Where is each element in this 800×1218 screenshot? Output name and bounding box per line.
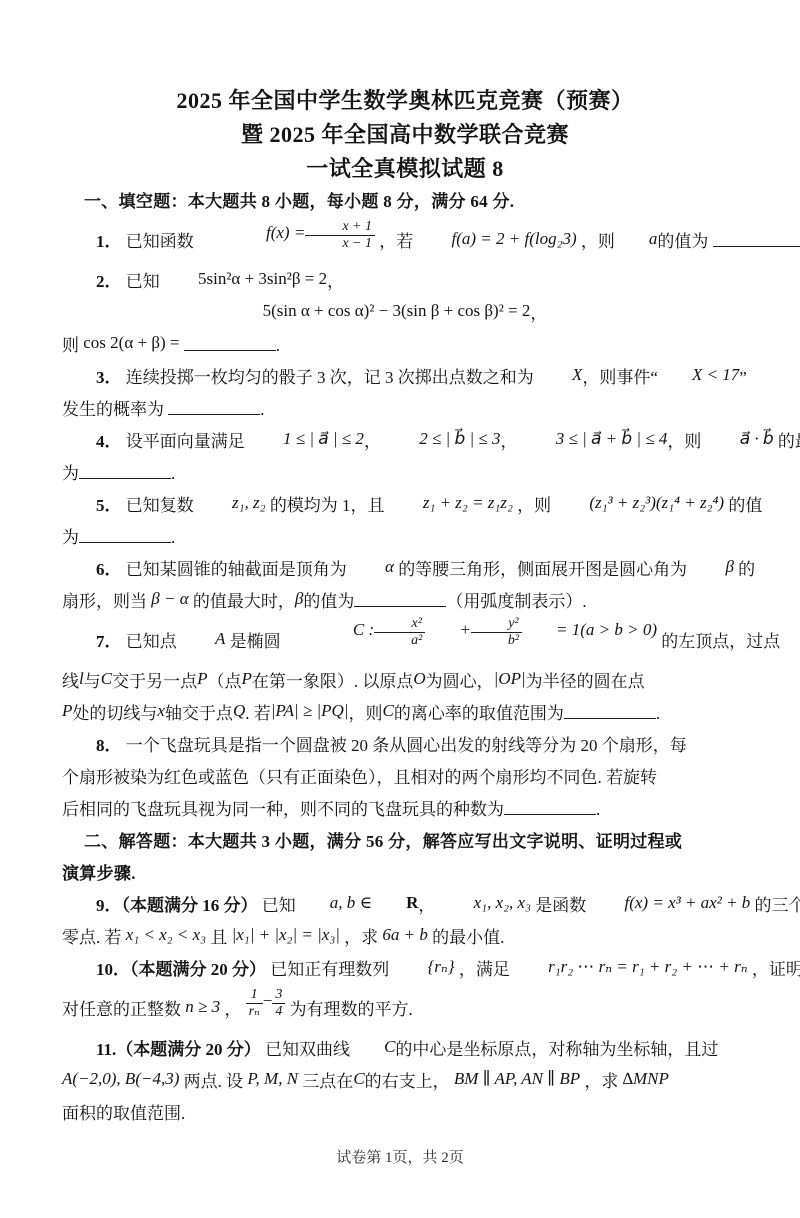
question-8-number: 8． bbox=[96, 736, 122, 755]
text-run: 为有理数的平方. bbox=[290, 1000, 413, 1019]
math-run: cos 2(α + β) = bbox=[83, 327, 179, 359]
math-run: x₁ < x₂ < x₃ bbox=[126, 919, 206, 951]
question-1-number: 1． bbox=[96, 232, 122, 251]
text-run: 的最大值 bbox=[778, 432, 800, 451]
math-run: A bbox=[181, 615, 225, 663]
text-run: ，若 bbox=[379, 232, 417, 251]
question-11-number: 11.（本题满分 20 分） bbox=[96, 1040, 261, 1059]
answer-blank bbox=[354, 589, 446, 607]
text-run: 的值 bbox=[728, 496, 762, 515]
question-5: 5． 已知复数 z₁, z₂ 的模均为 1，且 z₁ + z₂ = z₁z₂ ，… bbox=[62, 490, 748, 522]
text-run: 发生的概率为 bbox=[62, 400, 164, 419]
text-run: 的中心是坐标原点，对称轴为坐标轴，且过 bbox=[395, 1040, 718, 1059]
math-run: 1 ≤ | a⃗ | ≤ 2 bbox=[249, 423, 364, 455]
question-2-equation: 5(sin α + cos α)² − 3(sin β + cos β)² = … bbox=[62, 298, 748, 330]
fraction-numerator: 3 bbox=[272, 987, 285, 1004]
text-run: ，则事件“ bbox=[582, 368, 658, 387]
text-run: ，求 bbox=[344, 928, 378, 947]
text-run: 已知 bbox=[126, 272, 160, 291]
text-run: 的最小值. bbox=[432, 928, 504, 947]
text-run: ， bbox=[327, 272, 344, 291]
text-run: 的 bbox=[738, 560, 755, 579]
text-run: 已知函数 bbox=[126, 232, 194, 251]
fraction-numerator: x² bbox=[374, 616, 425, 633]
text-run: 面积的取值范围. bbox=[62, 1104, 185, 1123]
text-run: . bbox=[171, 528, 175, 547]
text-run: 扇形，则当 bbox=[62, 592, 147, 611]
text-run: 已知某圆锥的轴截面是顶角为 bbox=[126, 560, 347, 579]
math-run: P bbox=[197, 663, 207, 695]
question-7: 7． 已知点 A 是椭圆 C :x²a²+y²b²= 1(a > b > 0) … bbox=[62, 618, 748, 666]
math-run: a, b ∈ bbox=[296, 887, 372, 919]
text-run: . 若 bbox=[245, 704, 271, 723]
question-7-continued: 线l与C交于另一点P（点P在第一象限）. 以原点O为圆心，|OP|为半径的圆在点 bbox=[62, 666, 748, 698]
fraction-numerator: y² bbox=[471, 616, 522, 633]
text-run: . bbox=[260, 400, 264, 419]
text-run: 连续投掷一枚均匀的骰子 3 次，记 3 次掷出点数之和为 bbox=[126, 368, 534, 387]
text-run: 的右支上， bbox=[365, 1072, 450, 1091]
question-11-continued-2: 面积的取值范围. bbox=[62, 1098, 748, 1130]
question-7-continued-2: P处的切线与x轴交于点Q. 若|PA| ≥ |PQ|，则C的离心率的取值范围为. bbox=[62, 698, 748, 730]
math-run: P, M, N bbox=[247, 1063, 298, 1095]
question-10-continued: 对任意的正整数 n ≥ 3 ， 1rₙ−34 为有理数的平方. bbox=[62, 986, 748, 1034]
math-run: A bbox=[785, 615, 800, 663]
math-run: f(a) = 2 + f(log₂3) bbox=[417, 215, 576, 263]
text-run: 在第一象限）. 以原点 bbox=[252, 672, 414, 691]
math-run: α bbox=[351, 551, 394, 583]
fraction-denominator: rₙ bbox=[246, 1004, 263, 1020]
fraction: x + 1x − 1 bbox=[305, 219, 375, 252]
text-run: ， bbox=[224, 1000, 241, 1019]
question-2: 2． 已知 5sin²α + 3sin²β = 2， bbox=[62, 266, 748, 298]
question-9-number: 9．（本题满分 16 分） bbox=[96, 896, 258, 915]
fraction-denominator: 4 bbox=[272, 1004, 285, 1020]
exam-title-line-2: 暨 2025 年全国高中数学联合竞赛 bbox=[62, 118, 748, 152]
math-run: 5sin²α + 3sin²β = 2 bbox=[164, 263, 327, 295]
text-run: 的等腰三角形，侧面展开图是圆心角为 bbox=[398, 560, 687, 579]
text-run: 已知正有理数列 bbox=[270, 960, 389, 979]
text-run: 已知双曲线 bbox=[265, 1040, 350, 1059]
text-run: 的模均为 1，且 bbox=[270, 496, 385, 515]
text-run: 两点. 设 bbox=[184, 1072, 244, 1091]
math-run: a bbox=[615, 215, 658, 263]
math-run: x₁, x₂, x₃ bbox=[440, 887, 531, 919]
text-run: ， bbox=[530, 304, 547, 323]
text-run: 则 bbox=[62, 336, 79, 355]
math-run: x bbox=[157, 695, 165, 727]
question-9: 9．（本题满分 16 分） 已知a, b ∈ R， x₁, x₂, x₃ 是函数… bbox=[62, 890, 748, 922]
math-run: (z₁³ + z₂³)(z₁⁴ + z₂⁴) bbox=[555, 487, 724, 519]
math-run: C bbox=[382, 695, 393, 727]
math-run: 6a + b bbox=[382, 919, 427, 951]
text-run: 后相同的飞盘玩具视为同一种，则不同的飞盘玩具的种数为 bbox=[62, 800, 504, 819]
fraction: 1rₙ bbox=[246, 987, 263, 1020]
fraction-numerator: 1 bbox=[246, 987, 263, 1004]
math-run: A(−2,0), B(−4,3) bbox=[62, 1063, 179, 1095]
question-2-continued: 则 cos 2(α + β) = . bbox=[62, 330, 748, 362]
math-run: = 1(a > b > 0) bbox=[522, 606, 657, 654]
math-expression: f(x) = x + 1x − 1 bbox=[198, 212, 375, 260]
math-run: 5(sin α + cos α)² − 3(sin β + cos β)² = … bbox=[263, 295, 531, 327]
math-run: f(x) = bbox=[232, 209, 305, 257]
question-4-continued: 为. bbox=[62, 458, 748, 490]
text-run: ” bbox=[739, 368, 747, 387]
math-run: C : bbox=[319, 606, 374, 654]
text-run: 是椭圆 bbox=[230, 632, 281, 651]
math-run: n ≥ 3 bbox=[185, 983, 220, 1031]
text-run: 三点在 bbox=[302, 1072, 353, 1091]
text-run: ，则 bbox=[517, 496, 551, 515]
math-run: |OP| bbox=[494, 663, 526, 695]
text-run: 的值为 bbox=[657, 232, 708, 251]
question-11-continued: A(−2,0), B(−4,3) 两点. 设 P, M, N 三点在C的右支上，… bbox=[62, 1066, 748, 1098]
text-run: 的值最大时， bbox=[193, 592, 295, 611]
text-run: 已知复数 bbox=[126, 496, 194, 515]
answer-blank bbox=[504, 797, 596, 815]
text-run: 线 bbox=[62, 672, 79, 691]
text-run: . bbox=[596, 800, 600, 819]
page-footer: 试卷第 1页，共 2页 bbox=[0, 1146, 800, 1167]
text-run: 的左顶点，过点 bbox=[661, 632, 780, 651]
text-run: 为 bbox=[62, 528, 79, 547]
question-8-continued-2: 后相同的飞盘玩具视为同一种，则不同的飞盘玩具的种数为. bbox=[62, 794, 748, 826]
text-run: ，则 bbox=[667, 432, 701, 451]
fraction-denominator: a² bbox=[374, 633, 425, 649]
exam-page: 2025 年全国中学生数学奥林匹克竞赛（预赛） 暨 2025 年全国高中数学联合… bbox=[0, 0, 800, 1218]
text-run: ， bbox=[364, 432, 381, 451]
text-run: . bbox=[276, 336, 280, 355]
text-run: . bbox=[656, 704, 660, 723]
text-run: ，满足 bbox=[459, 960, 510, 979]
answer-blank bbox=[184, 333, 276, 351]
fraction-denominator: x − 1 bbox=[305, 236, 375, 252]
math-run: r₁r₂ ⋯ rₙ = r₁ + r₂ + ⋯ + rₙ bbox=[514, 951, 748, 983]
question-4-number: 4． bbox=[96, 432, 122, 451]
question-11: 11.（本题满分 20 分） 已知双曲线C的中心是坐标原点，对称轴为坐标轴，且过 bbox=[62, 1034, 748, 1066]
text-run: 个扇形被染为红色或蓝色（只有正面染色），且相对的两个扇形均不同色. 若旋转 bbox=[62, 768, 657, 787]
section-2-heading-continued: 演算步骤. bbox=[62, 858, 748, 890]
question-5-continued: 为. bbox=[62, 522, 748, 554]
text-run: 的三个 bbox=[755, 896, 800, 915]
math-run: 3 ≤ | a⃗ + b⃗ | ≤ 4 bbox=[522, 423, 668, 455]
question-6: 6． 已知某圆锥的轴截面是顶角为 α 的等腰三角形，侧面展开图是圆心角为 β 的 bbox=[62, 554, 748, 586]
math-run: X bbox=[538, 359, 582, 391]
math-run: a⃗ · b⃗ bbox=[706, 423, 774, 455]
text-run: 为 bbox=[62, 464, 79, 483]
math-run: 2 ≤ | b⃗ | ≤ 3 bbox=[385, 423, 500, 455]
text-run: 已知点 bbox=[126, 632, 177, 651]
minus-sign: − bbox=[263, 977, 273, 1025]
text-run: 已知 bbox=[262, 896, 296, 915]
question-1: 1． 已知函数 f(x) = x + 1x − 1 ，若 f(a) = 2 + … bbox=[62, 218, 748, 266]
math-run: z₁, z₂ bbox=[198, 487, 266, 519]
answer-blank bbox=[79, 461, 171, 479]
math-run: β − α bbox=[151, 583, 188, 615]
question-5-number: 5． bbox=[96, 496, 122, 515]
text-run: ， bbox=[501, 432, 518, 451]
question-3-number: 3． bbox=[96, 368, 122, 387]
fraction-denominator: b² bbox=[471, 633, 522, 649]
math-run: C bbox=[350, 1031, 395, 1063]
text-run: ，则 bbox=[581, 232, 615, 251]
math-run: |PA| ≥ |PQ| bbox=[271, 695, 349, 727]
question-2-number: 2． bbox=[96, 272, 122, 291]
answer-blank bbox=[713, 229, 800, 247]
math-run: |x₁| + |x₂| = |x₃| bbox=[232, 919, 340, 951]
text-run: ，证明： bbox=[752, 960, 800, 979]
question-10-number: 10．（本题满分 20 分） bbox=[96, 960, 266, 979]
math-run: C bbox=[353, 1063, 364, 1095]
math-run: z₁ + z₂ = z₁z₂ bbox=[389, 487, 513, 519]
math-expression: 1rₙ−34 bbox=[246, 980, 286, 1028]
answer-blank bbox=[168, 397, 260, 415]
math-run: ∆MNP bbox=[623, 1063, 669, 1095]
fraction: 34 bbox=[272, 987, 285, 1020]
exam-title-line-1: 2025 年全国中学生数学奥林匹克竞赛（预赛） bbox=[62, 84, 748, 118]
section-2-heading: 二、解答题：本大题共 3 小题，满分 56 分，解答应写出文字说明、证明过程或 bbox=[62, 826, 748, 858]
question-9-continued: 零点. 若 x₁ < x₂ < x₃ 且 |x₁| + |x₂| = |x₃| … bbox=[62, 922, 748, 954]
fraction: x²a² bbox=[374, 616, 425, 649]
question-8: 8． 一个飞盘玩具是指一个圆盘被 20 条从圆心出发的射线等分为 20 个扇形，… bbox=[62, 730, 748, 762]
text-run: 对任意的正整数 bbox=[62, 1000, 181, 1019]
math-run: + bbox=[425, 606, 470, 654]
math-run: P bbox=[62, 695, 72, 727]
math-run: BM ∥ AP, AN ∥ BP bbox=[454, 1063, 580, 1095]
text-run: 为圆心， bbox=[426, 672, 494, 691]
answer-blank bbox=[79, 525, 171, 543]
text-run: . bbox=[171, 464, 175, 483]
math-run: X < 17 bbox=[658, 359, 739, 391]
text-run: 与 bbox=[84, 672, 101, 691]
question-8-continued: 个扇形被染为红色或蓝色（只有正面染色），且相对的两个扇形均不同色. 若旋转 bbox=[62, 762, 748, 794]
math-run: Q bbox=[233, 695, 245, 727]
text-run: 轴交于点 bbox=[165, 704, 233, 723]
question-7-number: 7． bbox=[96, 632, 122, 651]
text-run: 且 bbox=[210, 928, 227, 947]
math-run: P bbox=[241, 663, 251, 695]
text-run: ，求 bbox=[584, 1072, 618, 1091]
math-run: β bbox=[691, 551, 733, 583]
text-run: （点 bbox=[207, 672, 241, 691]
math-run-bold-R: R bbox=[372, 887, 418, 919]
question-4: 4． 设平面向量满足 1 ≤ | a⃗ | ≤ 2， 2 ≤ | b⃗ | ≤ … bbox=[62, 426, 748, 458]
math-run: {rₙ} bbox=[394, 951, 455, 983]
text-run: ，则 bbox=[348, 704, 382, 723]
text-run: ， bbox=[418, 896, 435, 915]
text-run: 是函数 bbox=[535, 896, 586, 915]
section-1-heading: 一、填空题：本大题共 8 小题，每小题 8 分，满分 64 分. bbox=[62, 186, 748, 218]
question-10: 10．（本题满分 20 分） 已知正有理数列 {rₙ} ，满足 r₁r₂ ⋯ r… bbox=[62, 954, 748, 986]
question-3: 3． 连续投掷一枚均匀的骰子 3 次，记 3 次掷出点数之和为 X，则事件“X … bbox=[62, 362, 748, 394]
text-run: 设平面向量满足 bbox=[126, 432, 245, 451]
answer-blank bbox=[564, 701, 656, 719]
question-3-continued: 发生的概率为 . bbox=[62, 394, 748, 426]
text-run: 的离心率的取值范围为 bbox=[394, 704, 564, 723]
text-run: 为半径的圆在点 bbox=[526, 672, 645, 691]
fraction-numerator: x + 1 bbox=[305, 219, 375, 236]
question-6-number: 6． bbox=[96, 560, 122, 579]
math-run: C bbox=[101, 663, 112, 695]
math-run: l bbox=[79, 663, 84, 695]
math-run: O bbox=[413, 663, 425, 695]
exam-title-line-3: 一试全真模拟试题 8 bbox=[62, 152, 748, 186]
text-run: 一个飞盘玩具是指一个圆盘被 20 条从圆心出发的射线等分为 20 个扇形，每 bbox=[126, 736, 687, 755]
fraction: y²b² bbox=[471, 616, 522, 649]
text-run: 处的切线与 bbox=[72, 704, 157, 723]
math-run: f(x) = x³ + ax² + b bbox=[591, 887, 751, 919]
ellipse-equation: C :x²a²+y²b²= 1(a > b > 0) bbox=[285, 609, 657, 657]
text-run: 零点. 若 bbox=[62, 928, 122, 947]
text-run: 交于另一点 bbox=[112, 672, 197, 691]
